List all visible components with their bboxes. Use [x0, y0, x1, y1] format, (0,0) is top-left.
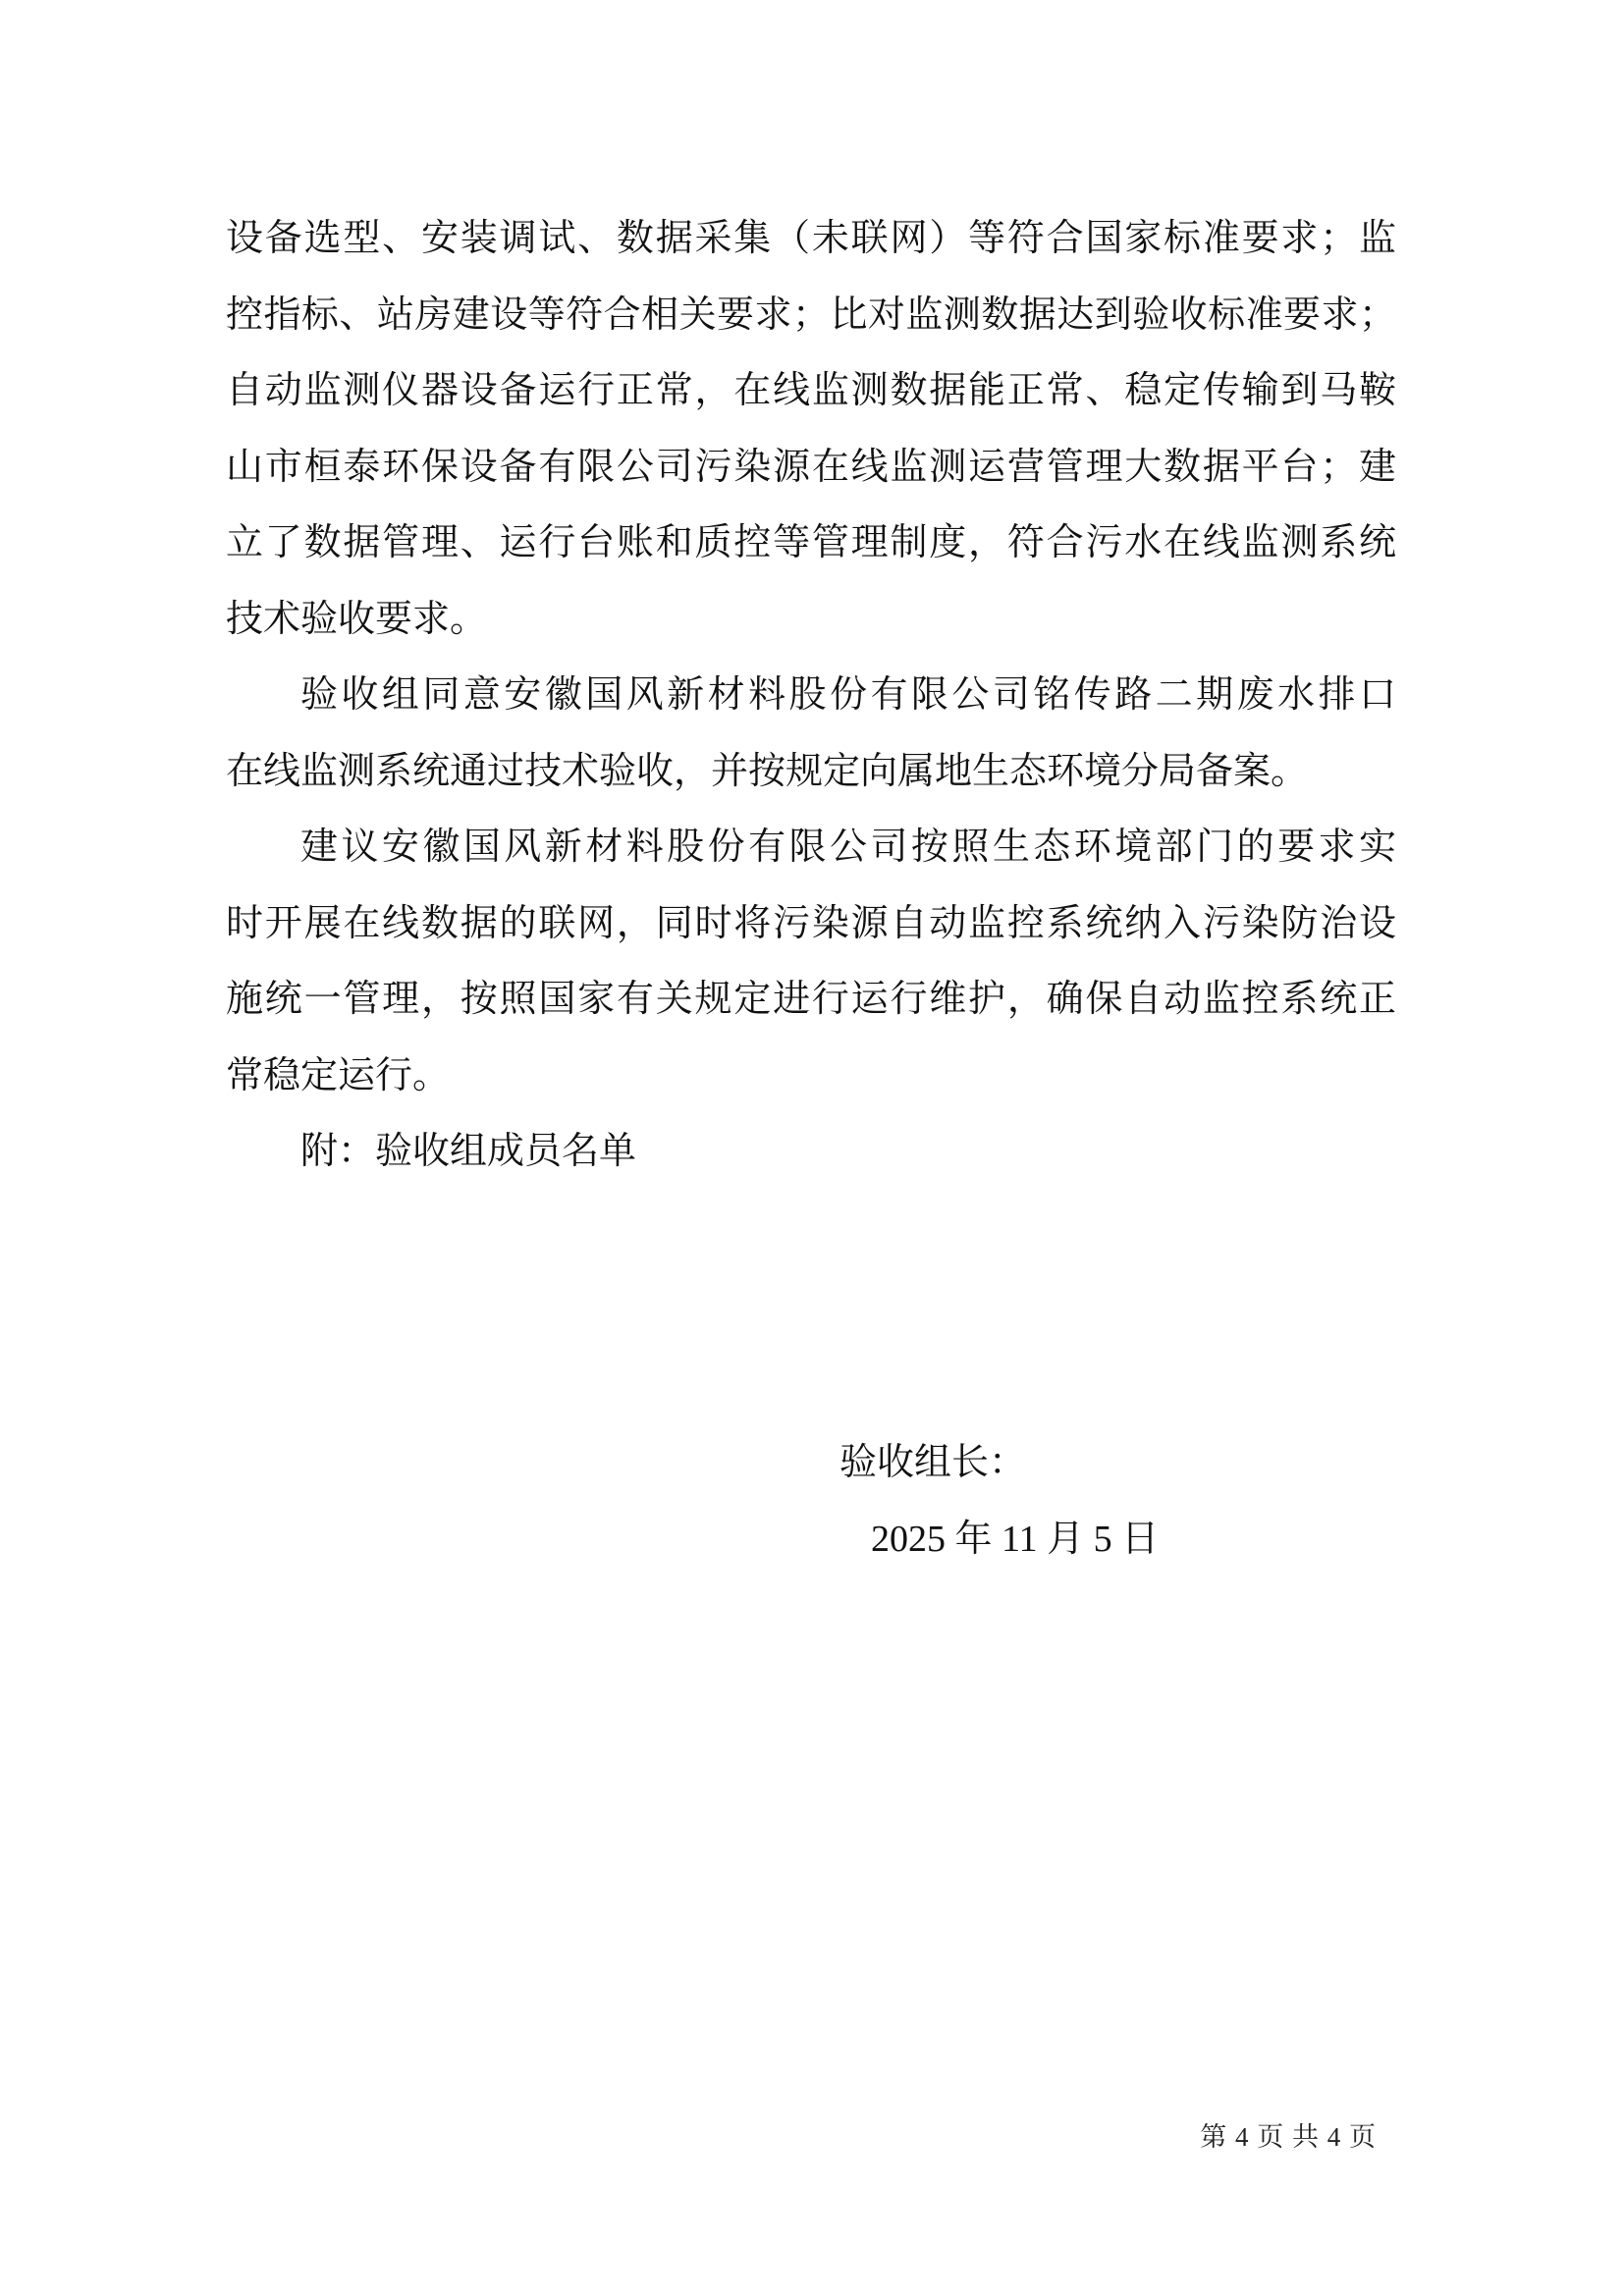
body-line: 时开展在线数据的联网，同时将污染源自动监控系统纳入污染防治设 [226, 886, 1396, 963]
body-line: 在线监测系统通过技术验收，并按规定向属地生态环境分局备案。 [226, 734, 1396, 811]
body-line: 自动监测仪器设备运行正常，在线监测数据能正常、稳定传输到马鞍 [226, 353, 1396, 430]
body-line: 山市桓泰环保设备有限公司污染源在线监测运营管理大数据平台；建 [226, 430, 1396, 507]
body-line: 验收组同意安徽国风新材料股份有限公司铭传路二期废水排口 [226, 658, 1396, 734]
body-line: 设备选型、安装调试、数据采集（未联网）等符合国家标准要求；监 [226, 201, 1396, 278]
signature-date: 2025 年 11 月 5 日 [871, 1502, 1159, 1578]
document-page: 设备选型、安装调试、数据采集（未联网）等符合国家标准要求；监 控指标、站房建设等… [0, 0, 1624, 2296]
body-line: 控指标、站房建设等符合相关要求；比对监测数据达到验收标准要求； [226, 278, 1396, 354]
body-line: 施统一管理，按照国家有关规定进行运行维护，确保自动监控系统正 [226, 962, 1396, 1039]
page-number-footer: 第 4 页 共 4 页 [1200, 2120, 1377, 2154]
signature-block: 验收组长： 2025 年 11 月 5 日 [839, 1425, 1159, 1577]
body-line: 常稳定运行。 [226, 1039, 1396, 1115]
body-line: 立了数据管理、运行台账和质控等管理制度，符合污水在线监测系统 [226, 506, 1396, 582]
signature-title: 验收组长： [839, 1425, 1159, 1502]
body-line: 技术验收要求。 [226, 582, 1396, 659]
document-body: 设备选型、安装调试、数据采集（未联网）等符合国家标准要求；监 控指标、站房建设等… [226, 201, 1396, 1191]
body-line: 建议安徽国风新材料股份有限公司按照生态环境部门的要求实 [226, 810, 1396, 886]
attachment-note-line: 附：验收组成员名单 [226, 1114, 1396, 1191]
